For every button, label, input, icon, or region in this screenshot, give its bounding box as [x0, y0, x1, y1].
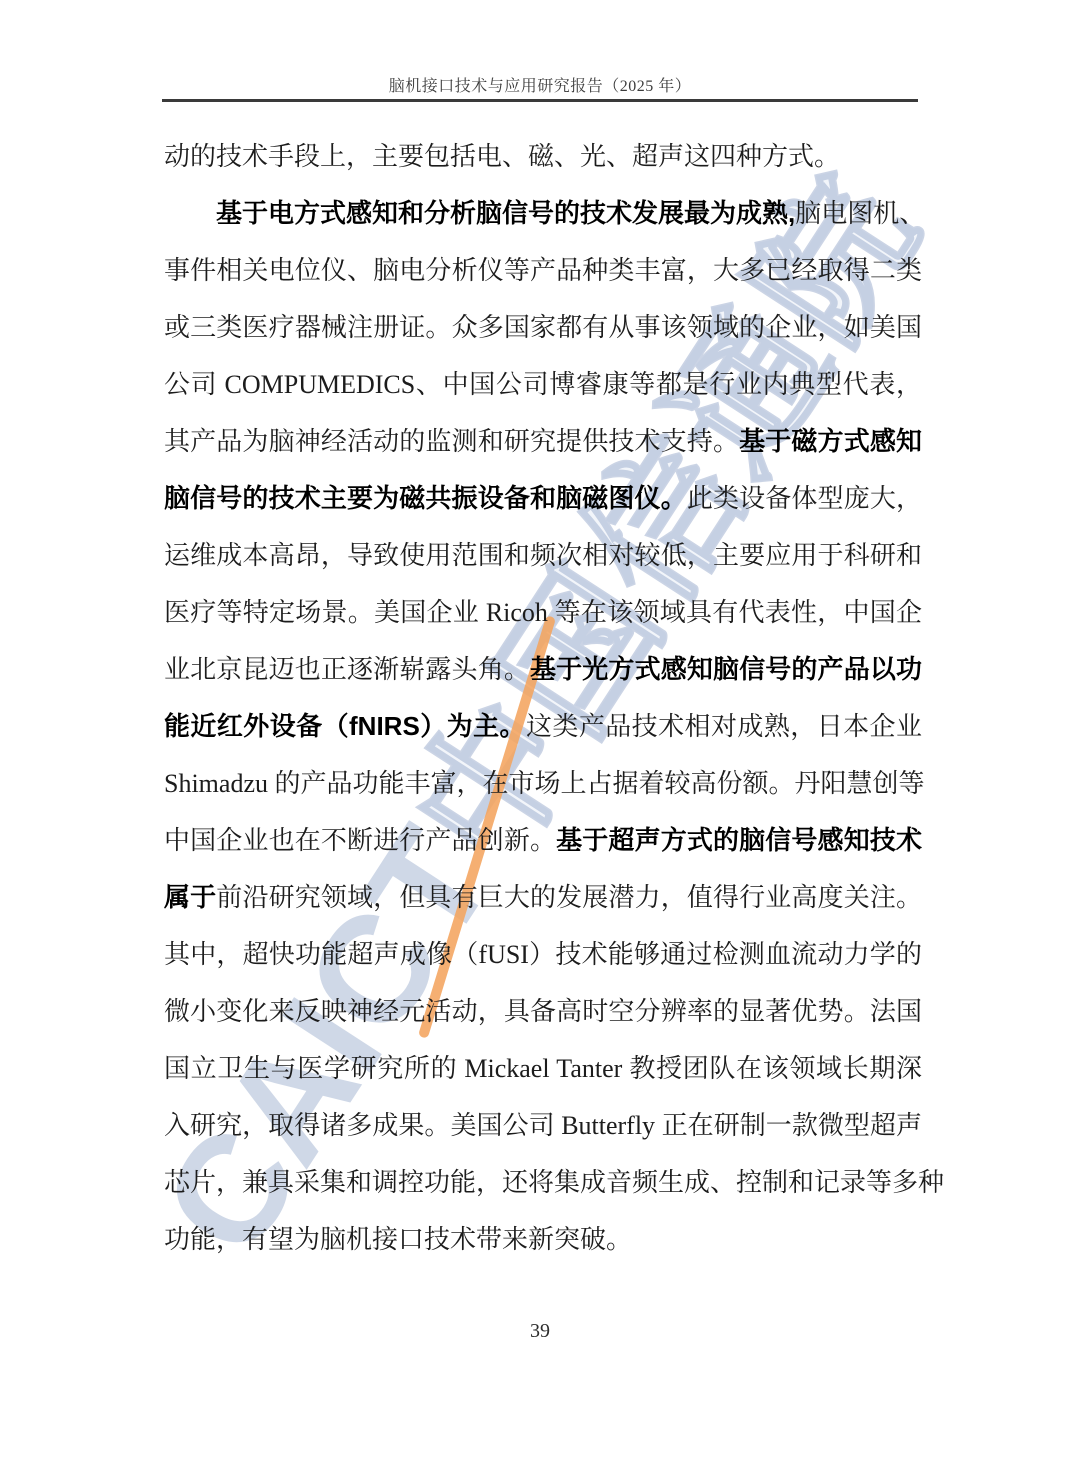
text-segment: 脑电图机、 [795, 199, 925, 228]
text-line: 脑信号的技术主要为磁共振设备和脑磁图仪。此类设备体型庞大， [164, 470, 922, 527]
text-segment: 前沿研究领域，但具有巨大的发展潜力，值得行业高度关注。 [216, 883, 922, 912]
text-segment: 国立卫生与医学研究所的 Mickael Tanter 教授团队在该领域长期深 [164, 1054, 922, 1083]
bold-text-segment: 能近红外设备（fNIRS）为主。 [164, 711, 526, 741]
text-segment: 公司 COMPUMEDICS、中国公司博睿康等都是行业内典型代表， [164, 370, 922, 399]
text-line: 医疗等特定场景。美国企业 Ricoh 等在该领域具有代表性，中国企 [164, 584, 922, 641]
text-segment: 入研究，取得诸多成果。美国公司 Butterfly 正在研制一款微型超声 [164, 1111, 922, 1140]
text-line: 其中，超快功能超声成像（fUSI）技术能够通过检测血流动力学的 [164, 926, 922, 983]
bold-text-segment: 基于光方式感知脑信号的产品以功 [530, 654, 922, 684]
text-line: 基于电方式感知和分析脑信号的技术发展最为成熟,脑电图机、 [164, 185, 922, 242]
text-line: 微小变化来反映神经元活动，具备高时空分辨率的显著优势。法国 [164, 983, 922, 1040]
text-segment: 运维成本高昂，导致使用范围和频次相对较低，主要应用于科研和 [164, 541, 922, 570]
text-segment: Shimadzu 的产品功能丰富，在市场上占据着较高份额。丹阳慧创等 [164, 769, 925, 798]
header-rule [162, 99, 918, 102]
text-segment: 此类设备体型庞大， [687, 484, 922, 513]
text-line: 中国企业也在不断进行产品创新。基于超声方式的脑信号感知技术 [164, 812, 922, 869]
text-line: 国立卫生与医学研究所的 Mickael Tanter 教授团队在该领域长期深 [164, 1040, 922, 1097]
document-page: CAICT中国信通院 脑机接口技术与应用研究报告（2025 年） 动的技术手段上… [0, 0, 1080, 1466]
text-segment: 芯片，兼具采集和调控功能，还将集成音频生成、控制和记录等多种 [164, 1168, 944, 1197]
text-segment: 其产品为脑神经活动的监测和研究提供技术支持。 [164, 427, 739, 456]
text-line: 事件相关电位仪、脑电分析仪等产品种类丰富，大多已经取得二类 [164, 242, 922, 299]
text-segment: 功能，有望为脑机接口技术带来新突破。 [164, 1225, 632, 1254]
text-line: 能近红外设备（fNIRS）为主。这类产品技术相对成熟，日本企业 [164, 698, 922, 755]
text-line: 业北京昆迈也正逐渐崭露头角。基于光方式感知脑信号的产品以功 [164, 641, 922, 698]
text-segment: 业北京昆迈也正逐渐崭露头角。 [164, 655, 530, 684]
text-line: 动的技术手段上，主要包括电、磁、光、超声这四种方式。 [164, 128, 922, 185]
report-header-title: 脑机接口技术与应用研究报告（2025 年） [0, 73, 1080, 96]
body-text: 动的技术手段上，主要包括电、磁、光、超声这四种方式。基于电方式感知和分析脑信号的… [164, 128, 922, 1268]
bold-text-segment: 脑信号的技术主要为磁共振设备和脑磁图仪。 [164, 483, 687, 513]
text-line: 其产品为脑神经活动的监测和研究提供技术支持。基于磁方式感知 [164, 413, 922, 470]
bold-text-segment: 基于超声方式的脑信号感知技术 [556, 825, 922, 855]
text-segment: 这类产品技术相对成熟，日本企业 [526, 712, 922, 741]
text-segment: 微小变化来反映神经元活动，具备高时空分辨率的显著优势。法国 [164, 997, 922, 1026]
bold-text-segment: 基于电方式感知和分析脑信号的技术发展最为成熟, [216, 198, 795, 228]
text-line: 功能，有望为脑机接口技术带来新突破。 [164, 1211, 922, 1268]
text-line: 或三类医疗器械注册证。众多国家都有从事该领域的企业，如美国 [164, 299, 922, 356]
bold-text-segment: 属于 [164, 882, 216, 912]
page-number: 39 [0, 1320, 1080, 1343]
text-line: 运维成本高昂，导致使用范围和频次相对较低，主要应用于科研和 [164, 527, 922, 584]
text-segment: 中国企业也在不断进行产品创新。 [164, 826, 556, 855]
text-line: 公司 COMPUMEDICS、中国公司博睿康等都是行业内典型代表， [164, 356, 922, 413]
text-segment: 动的技术手段上，主要包括电、磁、光、超声这四种方式。 [164, 142, 840, 171]
text-line: Shimadzu 的产品功能丰富，在市场上占据着较高份额。丹阳慧创等 [164, 755, 922, 812]
text-line: 芯片，兼具采集和调控功能，还将集成音频生成、控制和记录等多种 [164, 1154, 922, 1211]
text-line: 属于前沿研究领域，但具有巨大的发展潜力，值得行业高度关注。 [164, 869, 922, 926]
text-segment: 其中，超快功能超声成像（fUSI）技术能够通过检测血流动力学的 [164, 940, 922, 969]
text-segment: 事件相关电位仪、脑电分析仪等产品种类丰富，大多已经取得二类 [164, 256, 922, 285]
bold-text-segment: 基于磁方式感知 [739, 426, 922, 456]
text-segment: 医疗等特定场景。美国企业 Ricoh 等在该领域具有代表性，中国企 [164, 598, 922, 627]
text-line: 入研究，取得诸多成果。美国公司 Butterfly 正在研制一款微型超声 [164, 1097, 922, 1154]
text-segment: 或三类医疗器械注册证。众多国家都有从事该领域的企业，如美国 [164, 313, 922, 342]
